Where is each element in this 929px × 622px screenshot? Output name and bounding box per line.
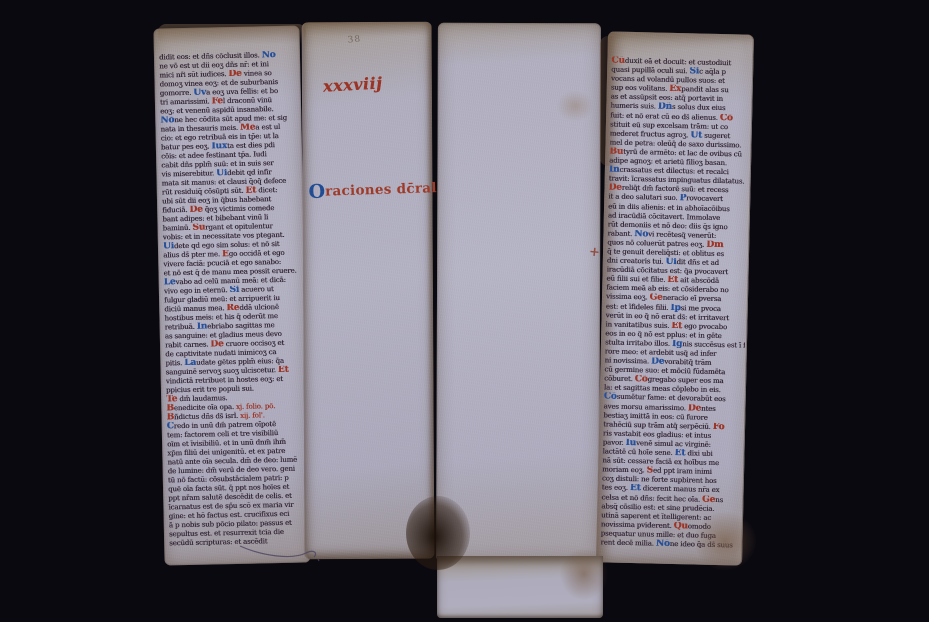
manuscript-photo: didit eos: et dñs cōclusit illos. Nōne v… (0, 0, 929, 622)
left-page: didit eos: et dñs cōclusit illos. Nōne v… (153, 26, 310, 566)
right-text-column: Cūduxit eā et docuit: et custodiuitquasi… (600, 56, 751, 555)
right-page: Cūduxit eā et docuit: et custodiuitquasi… (596, 31, 754, 565)
left-text-column: didit eos: et dñs cōclusit illos. Nōne v… (159, 51, 307, 554)
manuscript-text-line: rent decē milia. Nōne ideo q̄a ds̄ suus (600, 538, 740, 550)
marginal-cross-mark: + (588, 244, 600, 260)
heading-text: raciones dc̄ral's (325, 180, 450, 200)
bottom-parchment-tab (437, 556, 603, 618)
heading-initial: O (308, 181, 325, 204)
manuscript-text-line: secūdū scripturas: et ascēdit (169, 536, 307, 548)
section-heading: Oraciones dc̄ral's (308, 177, 449, 203)
folio-number-note: 38 (347, 35, 361, 46)
center-page (436, 23, 601, 563)
middle-page: 38 xxxviij Oraciones dc̄ral's (302, 22, 435, 560)
chapter-numeral: xxxviij (322, 73, 382, 95)
